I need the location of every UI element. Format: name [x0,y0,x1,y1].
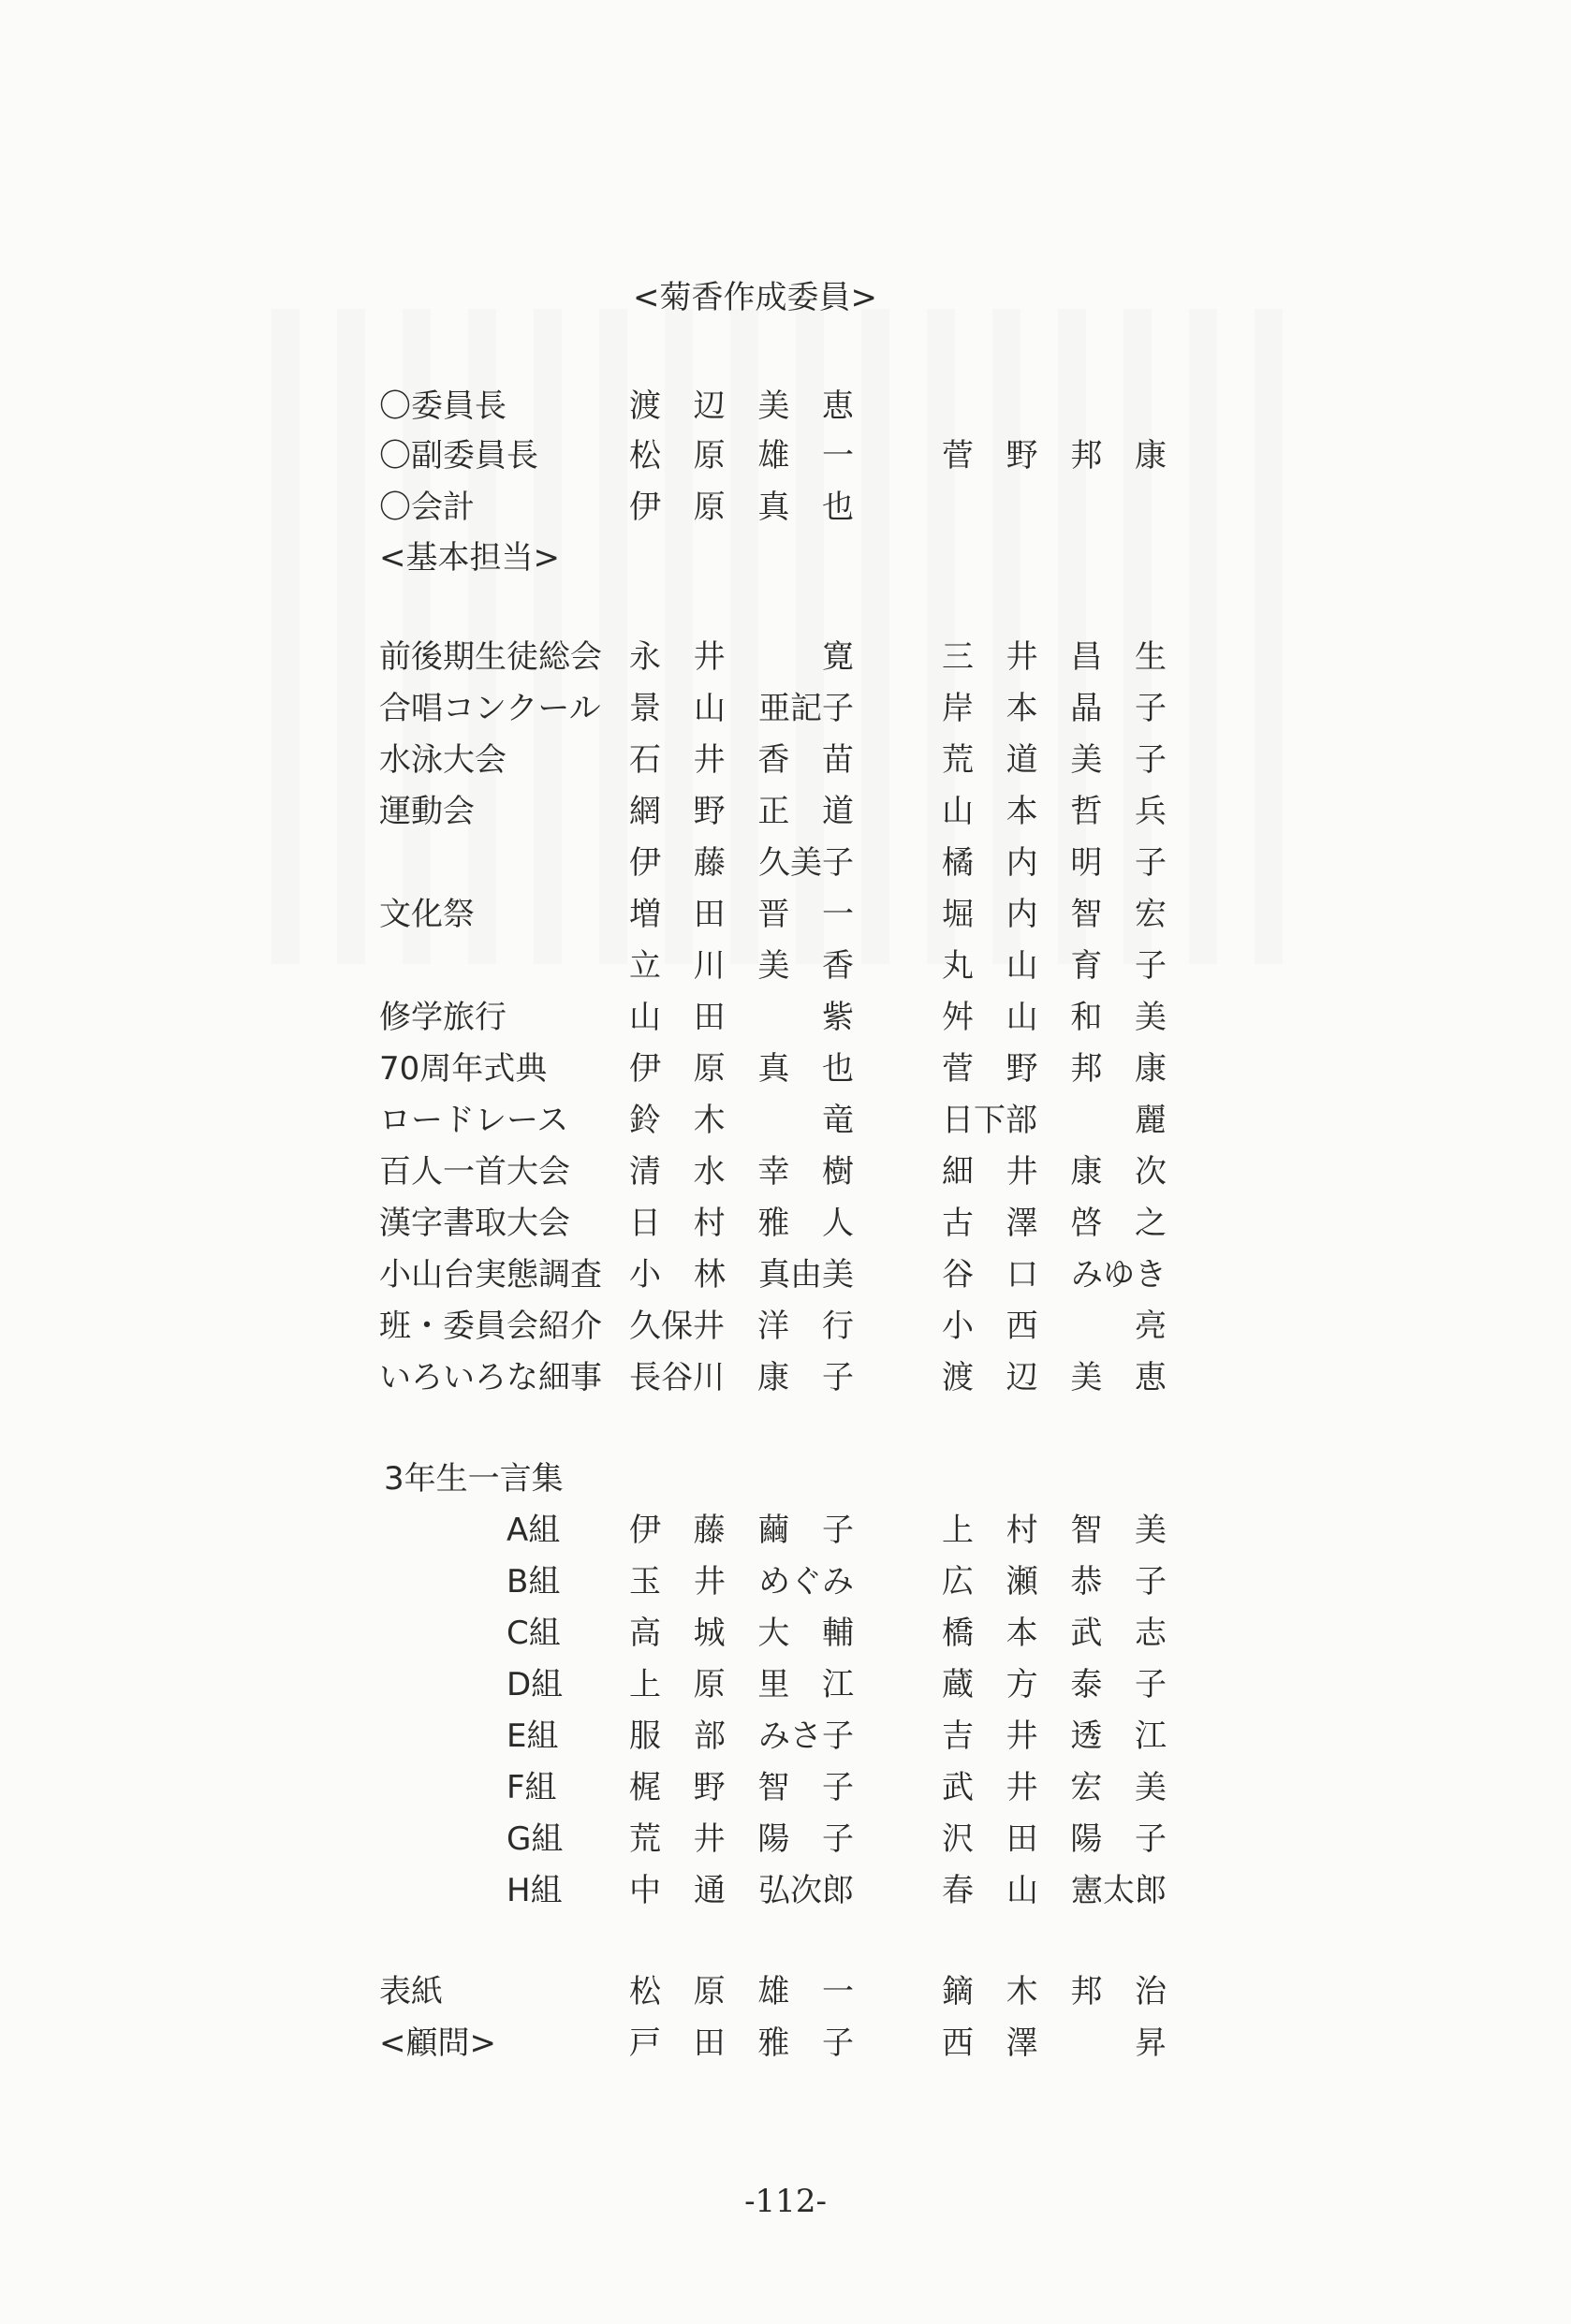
name-characters: 渡辺美恵 [942,1355,1167,1400]
task-label: 前後期生徒総会 [379,635,602,680]
name-segment: 美 [757,943,789,988]
name-primary: 高城大輔 [629,1611,854,1656]
name-segment: 武 [942,1765,974,1810]
name-segment: 菅 [942,433,974,478]
name-segment: 林 [694,1252,726,1297]
name-segment: 鈴 [629,1098,661,1143]
class-label: C組 [507,1611,561,1656]
name-characters: 梶野智子 [629,1765,854,1810]
class-label: G組 [507,1817,563,1862]
task-label: 小山台実態調査 [379,1252,602,1297]
name-primary: 増田晋一 [629,892,854,937]
name-segment: 田 [694,2021,726,2066]
name-segment: 村 [1006,1508,1038,1553]
table-row: 班・委員会紹介 久保井洋行 小西 亮 [0,1304,1571,1349]
name-segment: 立 [629,943,661,988]
name-segment: 玉 [629,1559,661,1604]
name-segment: 上 [629,1662,661,1707]
name-segment: めぐみ [758,1559,854,1604]
name-segment: 木 [1006,1969,1038,2014]
name-segment: 渡 [629,384,661,429]
name-segment: 樹 [822,1149,854,1194]
name-segment: 哲 [1070,789,1102,834]
name-segment: 陽 [1070,1817,1102,1862]
name-characters: 上原里江 [629,1662,854,1707]
task-label: 水泳大会 [379,738,507,782]
name-characters: 伊藤繭子 [629,1508,854,1553]
name-segment: 村 [694,1201,726,1246]
name-characters: 中通弘次郎 [629,1868,854,1913]
name-segment: 康 [1070,1149,1102,1194]
name-segment: 透 [1070,1714,1102,1759]
table-row: F組 梶野智子 武井宏美 [0,1765,1571,1810]
name-segment: 繭 [757,1508,789,1553]
name-segment: 野 [694,1765,726,1810]
name-segment: 苗 [822,738,854,782]
task-label: いろいろな細事 [379,1355,602,1400]
name-segment: 子 [1135,1559,1167,1604]
table-row: A組 伊藤繭子 上村智美 [0,1508,1571,1553]
name-characters: 立川美香 [629,943,854,988]
class-label: D組 [507,1662,563,1707]
task-label: 漢字書取大会 [379,1201,570,1246]
name-primary: 玉井めぐみ [629,1559,854,1604]
name-segment: 和 [1070,995,1102,1040]
name-segment: 子 [822,1817,854,1862]
name-segment: 子 [1135,1817,1167,1862]
name-primary: 久保井洋行 [629,1304,854,1349]
name-segment: 子 [822,1355,854,1400]
name-characters: 蔵方泰子 [942,1662,1167,1707]
name-secondary: 菅野邦康 [942,1046,1167,1091]
name-primary: 戸田雅子 [629,2021,854,2066]
name-segment: 瀬 [1006,1559,1038,1604]
name-segment [757,995,789,1040]
name-segment: 生 [1135,635,1167,680]
name-segment: 伊 [629,485,661,530]
name-characters: 伊藤久美子 [629,840,854,885]
name-segment [1070,1098,1102,1143]
name-segment: 竜 [822,1098,854,1143]
name-segment: 子 [822,1765,854,1810]
section-heading: <基本担当> [379,535,560,580]
name-segment: 麗 [1135,1098,1167,1143]
task-label: 百人一首大会 [379,1149,570,1194]
name-secondary: 丸山育子 [942,943,1167,988]
name-segment: 弘次郎 [758,1868,854,1913]
name-secondary: 岸本晶子 [942,686,1167,731]
name-segment: 井 [694,635,726,680]
name-segment: 一 [822,1969,854,2014]
name-secondary: 山本哲兵 [942,789,1167,834]
name-segment: 方 [1006,1662,1038,1707]
page-number: -112- [0,2183,1571,2220]
role-label: 〇委員長 [379,384,507,429]
name-segment: 智 [757,1765,789,1810]
name-segment: 澤 [1006,1201,1038,1246]
name-primary: 伊藤久美子 [629,840,854,885]
name-segment: 寛 [822,635,854,680]
name-secondary: 上村智美 [942,1508,1167,1553]
name-segment: 井 [694,1817,726,1862]
name-segment: 春 [942,1868,974,1913]
name-primary: 梶野智子 [629,1765,854,1810]
name-segment: 山 [1006,943,1038,988]
table-row: 修学旅行 山田 紫 舛山和美 [0,995,1571,1040]
name-segment: 子 [1135,943,1167,988]
name-secondary: 菅野邦康 [942,433,1167,478]
name-segment: 内 [1006,892,1038,937]
name-segment [757,1098,789,1143]
name-segment: 香 [822,943,854,988]
name-segment: 也 [822,1046,854,1091]
name-characters: 橋本武志 [942,1611,1167,1656]
name-characters: 小林真由美 [629,1252,854,1297]
name-segment: 育 [1070,943,1102,988]
section-heading-grade3: 3年生一言集 [0,1456,1571,1501]
name-segment: 香 [757,738,789,782]
task-label: ロードレース [379,1098,568,1143]
name-segment: 里 [757,1662,789,1707]
officer-row-vice-chair: 〇副委員長 松原雄一 菅野邦康 [0,433,1571,478]
name-characters: 玉井めぐみ [629,1559,854,1604]
name-secondary: 西澤 昇 [942,2021,1167,2066]
name-characters: 鏑木邦治 [942,1969,1167,2014]
name-segment: 景 [629,686,661,731]
name-segment: 日下部 [942,1098,1037,1143]
table-row: B組 玉井めぐみ 広瀬恭子 [0,1559,1571,1604]
table-row: E組 服部みさ子 吉井透江 [0,1714,1571,1759]
name-segment: 澤 [1006,2021,1038,2066]
page-title: <菊香作成委員> [633,271,877,317]
name-segment [1070,2021,1102,2066]
table-row: H組 中通弘次郎 春山憲太郎 [0,1868,1571,1913]
name-secondary: 谷口みゆき [942,1252,1167,1297]
name-primary: 荒井陽子 [629,1817,854,1862]
name-segment: 田 [694,892,726,937]
officer-row-treasurer: 〇会計 伊原真也 [0,485,1571,530]
name-segment: 明 [1070,840,1102,885]
name-segment: 野 [694,789,726,834]
document-page: <菊香作成委員> 〇委員長 渡辺美恵 〇副委員長 松原雄一 菅野邦康 〇会計 伊… [0,0,1571,2324]
task-label: 合唱コンクール [379,686,601,731]
name-segment: 子 [1135,738,1167,782]
name-characters: 菅野邦康 [942,1046,1167,1091]
name-segment: 原 [694,1662,726,1707]
name-segment: 伊 [629,840,661,885]
name-segment: 中 [629,1868,661,1913]
class-label: F組 [507,1765,557,1810]
name-characters: 永井 寛 [629,635,854,680]
name-segment: 城 [694,1611,726,1656]
advisors-row: <顧問> 戸田雅子 西澤 昇 [0,2021,1571,2066]
name-segment: 一 [822,892,854,937]
name-secondary: 吉井透江 [942,1714,1167,1759]
name-primary: 中通弘次郎 [629,1868,854,1913]
name-segment: 之 [1135,1201,1167,1246]
name-secondary: 古澤啓之 [942,1201,1167,1246]
table-row: 立川美香 丸山育子 [0,943,1571,988]
table-row: 合唱コンクール 景山亜記子 岸本晶子 [0,686,1571,731]
name-segment: 山 [1006,995,1038,1040]
name-segment: 本 [1006,1611,1038,1656]
name-characters: 清水幸樹 [629,1149,854,1194]
name-segment: 邦 [1070,1969,1102,2014]
name-segment: 恭 [1070,1559,1102,1604]
name-segment: 清 [629,1149,661,1194]
officer-row-chair: 〇委員長 渡辺美恵 [0,384,1571,429]
name-segment: 子 [822,2021,854,2066]
name-segment: 長谷川 [629,1355,725,1400]
name-segment: 子 [1135,840,1167,885]
class-label: H組 [507,1868,563,1913]
name-segment: 憲太郎 [1071,1868,1167,1913]
name-primary: 渡辺美恵 [629,384,854,429]
name-characters: 服部みさ子 [629,1714,854,1759]
table-row: 漢字書取大会 日村雅人 古澤啓之 [0,1201,1571,1246]
cover-row: 表紙 松原雄一 鏑木邦治 [0,1969,1571,2014]
name-characters: 伊原真也 [629,485,854,530]
section-heading-basic: <基本担当> [0,535,1571,580]
name-segment: 真 [757,485,789,530]
name-characters: 日下部 麗 [942,1098,1167,1143]
name-characters: 丸山育子 [942,943,1167,988]
name-segment: 恵 [822,384,854,429]
name-segment: 本 [1006,686,1038,731]
name-segment: 雅 [757,2021,789,2066]
name-secondary: 鏑木邦治 [942,1969,1167,2014]
name-primary: 網野正道 [629,789,854,834]
name-characters: 鈴木 竜 [629,1098,854,1143]
name-characters: 舛山和美 [942,995,1167,1040]
name-segment: 久美子 [758,840,854,885]
name-characters: 戸田雅子 [629,2021,854,2066]
name-segment: 久保井 [629,1304,725,1349]
name-characters: 谷口みゆき [942,1252,1167,1297]
task-label: 70周年式典 [379,1046,547,1091]
name-segment: 邦 [1070,1046,1102,1091]
name-segment: 井 [1006,635,1038,680]
name-primary: 清水幸樹 [629,1149,854,1194]
name-segment: 田 [1006,1817,1038,1862]
name-segment: 行 [822,1304,854,1349]
name-secondary: 沢田陽子 [942,1817,1167,1862]
name-segment: 橋 [942,1611,974,1656]
name-segment: 洋 [757,1304,789,1349]
name-segment: 渡 [942,1355,974,1400]
name-segment: 康 [757,1355,789,1400]
name-segment: 晋 [757,892,789,937]
name-segment: 井 [1006,1714,1038,1759]
name-segment: 美 [757,384,789,429]
name-segment: 原 [694,485,726,530]
name-characters: 日村雅人 [629,1201,854,1246]
name-segment: みゆき [1071,1252,1167,1297]
name-primary: 伊原真也 [629,485,854,530]
name-characters: 古澤啓之 [942,1201,1167,1246]
name-segment: 正 [757,789,789,834]
task-label: 班・委員会紹介 [379,1304,602,1349]
name-segment: 伊 [629,1508,661,1553]
name-segment: 橘 [942,840,974,885]
name-segment: 永 [629,635,661,680]
name-secondary: 渡辺美恵 [942,1355,1167,1400]
name-segment: 口 [1006,1252,1038,1297]
name-segment: 宏 [1135,892,1167,937]
name-secondary: 荒道美子 [942,738,1167,782]
section-heading: 3年生一言集 [384,1456,564,1501]
name-segment: 井 [694,738,726,782]
name-segment: 美 [1135,1508,1167,1553]
name-characters: 増田晋一 [629,892,854,937]
name-primary: 松原雄一 [629,433,854,478]
table-row: 水泳大会 石井香苗 荒道美子 [0,738,1571,782]
name-secondary: 小西 亮 [942,1304,1167,1349]
name-segment: 子 [1135,1662,1167,1707]
name-segment: 荒 [629,1817,661,1862]
name-secondary: 三井昌生 [942,635,1167,680]
name-segment: 兵 [1135,789,1167,834]
name-segment: 網 [629,789,661,834]
name-primary: 立川美香 [629,943,854,988]
name-segment: 原 [694,433,726,478]
name-characters: 小西 亮 [942,1304,1167,1349]
name-segment: 武 [1070,1611,1102,1656]
table-row: 前後期生徒総会 永井 寛 三井昌生 [0,635,1571,680]
table-row: 70周年式典 伊原真也 菅野邦康 [0,1046,1571,1091]
name-segment: 子 [1135,686,1167,731]
role-label: 〇会計 [379,485,475,530]
name-secondary: 蔵方泰子 [942,1662,1167,1707]
table-row: D組 上原里江 蔵方泰子 [0,1662,1571,1707]
name-primary: 伊原真也 [629,1046,854,1091]
name-segment: 舛 [942,995,974,1040]
name-segment: 江 [1135,1714,1167,1759]
name-secondary: 舛山和美 [942,995,1167,1040]
name-segment: 山 [694,686,726,731]
name-segment: 高 [629,1611,661,1656]
name-segment: 泰 [1070,1662,1102,1707]
name-primary: 石井香苗 [629,738,854,782]
name-segment: 内 [1006,840,1038,885]
name-segment: 西 [942,2021,974,2066]
name-segment: 吉 [942,1714,974,1759]
name-segment: 日 [629,1201,661,1246]
name-segment: 小 [629,1252,661,1297]
name-segment: 也 [822,485,854,530]
name-characters: 渡辺美恵 [629,384,854,429]
name-characters: 橘内明子 [942,840,1167,885]
name-secondary: 春山憲太郎 [942,1868,1167,1913]
name-segment: 石 [629,738,661,782]
name-segment: 昌 [1070,635,1102,680]
name-secondary: 橘内明子 [942,840,1167,885]
name-segment: 伊 [629,1046,661,1091]
name-segment: 次 [1135,1149,1167,1194]
name-segment: 戸 [629,2021,661,2066]
name-segment: 美 [1070,738,1102,782]
name-segment: 山 [629,995,661,1040]
name-segment: 一 [822,433,854,478]
name-segment: 智 [1070,892,1102,937]
name-segment: 鏑 [942,1969,974,2014]
name-characters: 堀内智宏 [942,892,1167,937]
name-segment [757,635,789,680]
name-primary: 長谷川康子 [629,1355,854,1400]
name-segment: 藤 [694,1508,726,1553]
table-row: 伊藤久美子 橘内明子 [0,840,1571,885]
name-segment: みさ子 [758,1714,854,1759]
name-characters: 菅野邦康 [942,433,1167,478]
name-characters: 長谷川康子 [629,1355,854,1400]
name-characters: 山田 紫 [629,995,854,1040]
name-segment: 荒 [942,738,974,782]
table-row: 小山台実態調査 小林真由美 谷口みゆき [0,1252,1571,1297]
name-segment: 真由美 [758,1252,854,1297]
name-characters: 伊原真也 [629,1046,854,1091]
name-segment: 松 [629,433,661,478]
name-segment: 亜記子 [758,686,854,731]
name-characters: 石井香苗 [629,738,854,782]
name-segment: 蔵 [942,1662,974,1707]
name-characters: 西澤 昇 [942,2021,1167,2066]
name-primary: 松原雄一 [629,1969,854,2014]
table-row: C組 高城大輔 橋本武志 [0,1611,1571,1656]
name-segment: 晶 [1070,686,1102,731]
name-segment: 松 [629,1969,661,2014]
name-segment: 昇 [1135,2021,1167,2066]
name-segment: 邦 [1070,433,1102,478]
name-segment: 古 [942,1201,974,1246]
name-segment: 智 [1070,1508,1102,1553]
name-segment: 川 [694,943,726,988]
name-segment: 井 [1006,1765,1038,1810]
class-label: B組 [507,1559,560,1604]
name-secondary: 細井康次 [942,1149,1167,1194]
name-segment: 広 [942,1559,974,1604]
name-characters: 久保井洋行 [629,1304,854,1349]
name-segment: 真 [757,1046,789,1091]
name-characters: 細井康次 [942,1149,1167,1194]
name-secondary: 武井宏美 [942,1765,1167,1810]
name-segment: 陽 [757,1817,789,1862]
name-characters: 春山憲太郎 [942,1868,1167,1913]
name-primary: 鈴木 竜 [629,1098,854,1143]
name-segment [1070,1304,1102,1349]
name-segment: 大 [757,1611,789,1656]
name-segment: 山 [1006,1868,1038,1913]
table-row: ロードレース 鈴木 竜 日下部 麗 [0,1098,1571,1143]
name-segment: 道 [822,789,854,834]
name-segment: 幸 [757,1149,789,1194]
name-segment: 井 [694,1559,726,1604]
name-segment: 井 [1006,1149,1038,1194]
name-segment: 原 [694,1969,726,2014]
name-segment: 木 [694,1098,726,1143]
name-characters: 荒井陽子 [629,1817,854,1862]
table-row: いろいろな細事 長谷川康子 渡辺美恵 [0,1355,1571,1400]
name-characters: 武井宏美 [942,1765,1167,1810]
name-segment: 治 [1135,1969,1167,2014]
class-label: E組 [507,1714,558,1759]
name-segment: 辺 [694,384,726,429]
name-characters: 三井昌生 [942,635,1167,680]
name-segment: 子 [822,1508,854,1553]
name-segment: 小 [942,1304,974,1349]
table-row: 文化祭 増田晋一 堀内智宏 [0,892,1571,937]
name-segment: 堀 [942,892,974,937]
name-primary: 上原里江 [629,1662,854,1707]
